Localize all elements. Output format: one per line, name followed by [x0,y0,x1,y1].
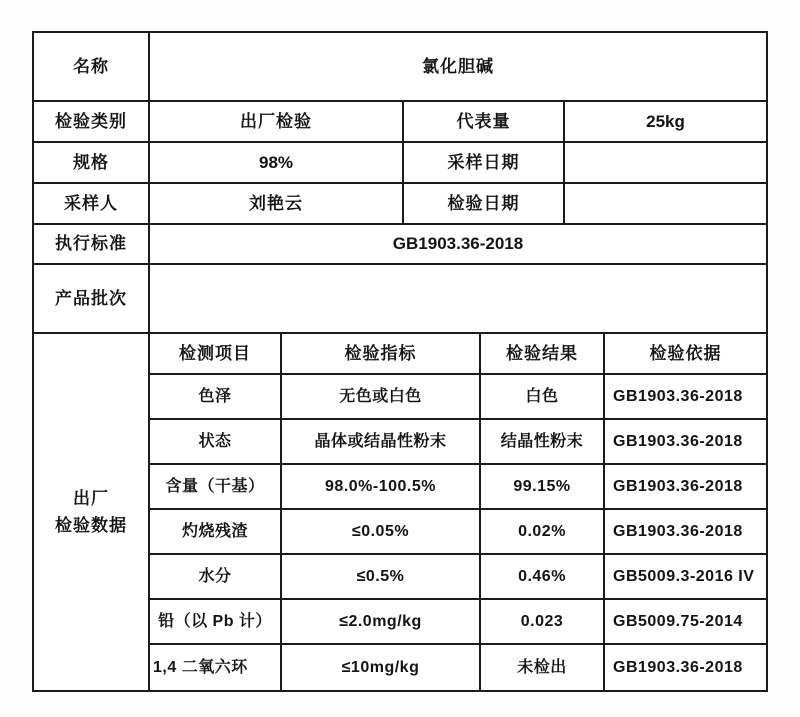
table-row: 状态 晶体或结晶性粉末 结晶性粉末 GB1903.36-2018 [150,420,766,465]
result-cell: 未检出 [481,645,605,690]
standard-value: GB1903.36-2018 [150,225,766,265]
spec-cell: ≤0.5% [282,555,481,600]
column-header-result: 检验结果 [481,334,605,375]
section-label: 出厂 检验数据 [34,334,150,690]
inspection-type-label: 检验类别 [34,102,150,143]
batch-row: 产品批次 [34,265,766,334]
basis-cell: GB1903.36-2018 [605,375,766,420]
result-cell: 0.46% [481,555,605,600]
batch-value [150,265,766,334]
name-label: 名称 [34,33,150,102]
item-cell: 铅（以 Pb 计） [150,600,282,645]
column-header-item: 检测项目 [150,334,282,375]
item-cell: 水分 [150,555,282,600]
sampler-label: 采样人 [34,184,150,225]
spec-cell: 晶体或结晶性粉末 [282,420,481,465]
section-label-line1: 出厂 [73,485,109,512]
table-row: 铅（以 Pb 计） ≤2.0mg/kg 0.023 GB5009.75-2014 [150,600,766,645]
inspection-type-row: 检验类别 出厂检验 代表量 25kg [34,102,766,143]
sample-quantity-value: 25kg [565,102,766,143]
basis-cell: GB1903.36-2018 [605,645,766,690]
sampling-date-value [565,143,766,184]
item-cell: 灼烧残渣 [150,510,282,555]
spec-cell: ≤10mg/kg [282,645,481,690]
inspection-date-label: 检验日期 [404,184,565,225]
specification-value: 98% [150,143,404,184]
basis-cell: GB1903.36-2018 [605,510,766,555]
item-cell: 含量（干基） [150,465,282,510]
result-cell: 结晶性粉末 [481,420,605,465]
spec-cell: ≤0.05% [282,510,481,555]
item-cell: 状态 [150,420,282,465]
spec-cell: 无色或白色 [282,375,481,420]
name-value: 氯化胆碱 [150,33,766,102]
table-row: 含量（干基） 98.0%-100.5% 99.15% GB1903.36-201… [150,465,766,510]
factory-inspection-section: 出厂 检验数据 检测项目 检验指标 检验结果 检验依据 色泽 无色或白色 白色 … [34,334,766,690]
basis-cell: GB5009.75-2014 [605,600,766,645]
sampler-value: 刘艳云 [150,184,404,225]
spec-cell: 98.0%-100.5% [282,465,481,510]
standard-row: 执行标准 GB1903.36-2018 [34,225,766,265]
inspection-date-value [565,184,766,225]
result-cell: 白色 [481,375,605,420]
table-row: 水分 ≤0.5% 0.46% GB5009.3-2016 IV [150,555,766,600]
inspection-report-table: 名称 氯化胆碱 检验类别 出厂检验 代表量 25kg 规格 98% 采样日期 采… [32,31,768,692]
sampling-date-label: 采样日期 [404,143,565,184]
basis-cell: GB1903.36-2018 [605,465,766,510]
result-cell: 0.023 [481,600,605,645]
sampler-row: 采样人 刘艳云 检验日期 [34,184,766,225]
table-row: 色泽 无色或白色 白色 GB1903.36-2018 [150,375,766,420]
inspection-data-table: 检测项目 检验指标 检验结果 检验依据 色泽 无色或白色 白色 GB1903.3… [150,334,766,690]
column-header-basis: 检验依据 [605,334,766,375]
standard-label: 执行标准 [34,225,150,265]
table-row: 1,4 二氧六环 ≤10mg/kg 未检出 GB1903.36-2018 [150,645,766,690]
item-cell: 1,4 二氧六环 [150,645,282,690]
spec-cell: ≤2.0mg/kg [282,600,481,645]
column-header-spec: 检验指标 [282,334,481,375]
batch-label: 产品批次 [34,265,150,334]
basis-cell: GB5009.3-2016 IV [605,555,766,600]
result-cell: 99.15% [481,465,605,510]
specification-label: 规格 [34,143,150,184]
specification-row: 规格 98% 采样日期 [34,143,766,184]
item-cell: 色泽 [150,375,282,420]
basis-cell: GB1903.36-2018 [605,420,766,465]
name-row: 名称 氯化胆碱 [34,33,766,102]
inspection-type-value: 出厂检验 [150,102,404,143]
table-row: 灼烧残渣 ≤0.05% 0.02% GB1903.36-2018 [150,510,766,555]
inspection-header-row: 检测项目 检验指标 检验结果 检验依据 [150,334,766,375]
result-cell: 0.02% [481,510,605,555]
section-label-line2: 检验数据 [55,512,127,539]
inspection-report-document: 名称 氯化胆碱 检验类别 出厂检验 代表量 25kg 规格 98% 采样日期 采… [0,0,800,717]
sample-quantity-label: 代表量 [404,102,565,143]
